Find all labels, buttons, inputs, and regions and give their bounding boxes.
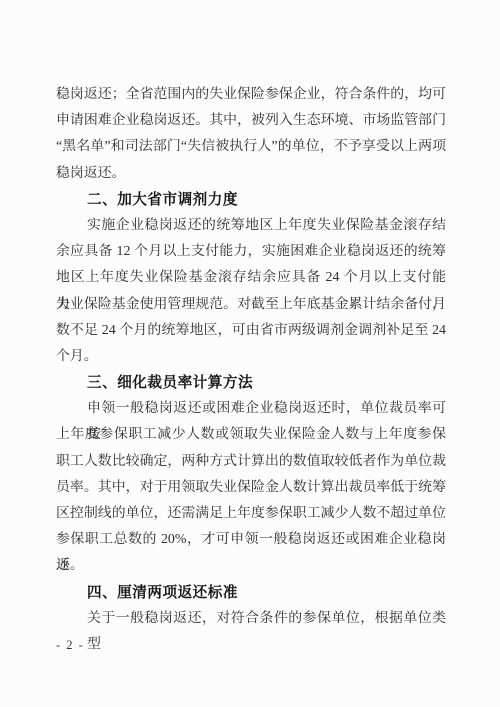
text-line: 稳岗返还。 — [56, 161, 446, 187]
text-line: 余应具备 12 个月以上支付能力，实施困难企业稳岗返还的统筹 — [56, 239, 446, 265]
text-line: 申领一般稳岗返还或困难企业稳岗返还时，单位裁员率可按 — [56, 396, 446, 422]
text-line: 职工人数比较确定，两种方式计算出的数值取较低者作为单位裁 — [56, 449, 446, 475]
text-line: 申请困难企业稳岗返还。其中，被列入生态环境、市场监管部门 — [56, 108, 446, 134]
text-line: “黑名单”和司法部门“失信被执行人”的单位，不予享受以上两项 — [56, 134, 446, 160]
text-line: 稳岗返还；全省范围内的失业保险参保企业，符合条件的，均可 — [56, 82, 446, 108]
text-line: 失业保险基金使用管理规范。对截至上年底基金累计结余备付月 — [56, 292, 446, 318]
document-body: 稳岗返还；全省范围内的失业保险参保企业，符合条件的，均可申请困难企业稳岗返还。其… — [56, 82, 446, 632]
text-line: 地区上年度失业保险基金滚存结余应具备 24 个月以上支付能力， — [56, 265, 446, 291]
text-line: 个月。 — [56, 344, 446, 370]
text-line: 上年度参保职工减少人数或领取失业保险金人数与上年度参保 — [56, 422, 446, 448]
text-line: 还。 — [56, 553, 446, 579]
text-line: 数不足 24 个月的统筹地区，可由省市两级调剂金调剂补足至 24 — [56, 318, 446, 344]
text-line: 区控制线的单位，还需满足上年度参保职工减少人数不超过单位 — [56, 501, 446, 527]
text-line: 关于一般稳岗返还，对符合条件的参保单位，根据单位类型 — [56, 606, 446, 632]
page-number: - 2 - — [56, 638, 84, 652]
section-heading: 二、加大省市调剂力度 — [56, 187, 446, 213]
section-heading: 四、厘清两项返还标准 — [56, 580, 446, 606]
section-heading: 三、细化裁员率计算方法 — [56, 370, 446, 396]
text-line: 员率。其中，对于用领取失业保险金人数计算出裁员率低于统筹 — [56, 475, 446, 501]
text-line: 参保职工总数的 20%，才可申领一般稳岗返还或困难企业稳岗返 — [56, 527, 446, 553]
text-line: 实施企业稳岗返还的统筹地区上年度失业保险基金滚存结 — [56, 213, 446, 239]
document-page: 稳岗返还；全省范围内的失业保险参保企业，符合条件的，均可申请困难企业稳岗返还。其… — [0, 0, 500, 707]
